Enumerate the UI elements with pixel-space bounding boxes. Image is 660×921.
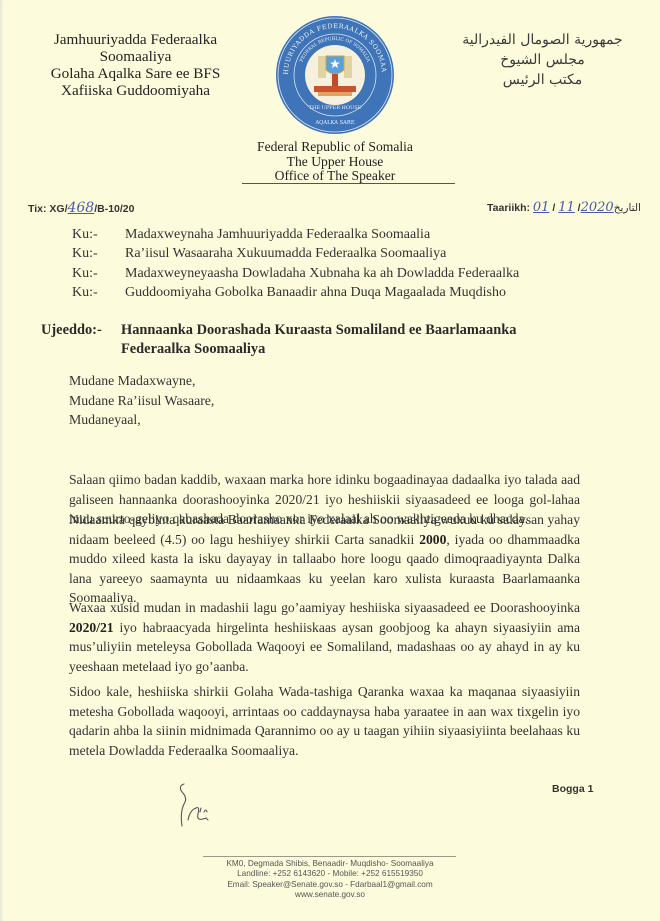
letterhead-arabic: جمهورية الصومال الفيدرالية مجلس الشيوخ م… <box>430 30 655 90</box>
recipient-row: Ku:- Madaxweynaha Jamhuuriyadda Federaal… <box>72 225 519 244</box>
body-paragraph-2: Nidaamka qaybinta kuraasta Baarlamaanka … <box>69 510 580 608</box>
recipient-row: Ku:- Guddoomiyaha Gobolka Banaadir ahna … <box>72 283 519 302</box>
letterhead-line: Federal Republic of Somalia <box>240 140 430 155</box>
reference-number: Tix: XG/468/B-10/20 <box>28 200 135 216</box>
date-day: 01 <box>533 200 550 215</box>
letterhead-line: Jamhuuriyadda Federaalka Soomaaliya <box>18 31 253 65</box>
upper-house-seal-icon: JAMHUURIYADDA FEDERAALKA SOOMAALIYA FEDE… <box>274 14 396 136</box>
svg-text:THE UPPER HOUSE: THE UPPER HOUSE <box>309 105 362 111</box>
letterhead-somali: Jamhuuriyadda Federaalka Soomaaliya Gola… <box>18 31 253 99</box>
recipient-row: Ku:- Ra’iisul Wasaaraha Xukuumadda Feder… <box>72 244 519 263</box>
subject-line: Ujeeddo:- Hannaanka Doorashada Kuraasta … <box>41 321 541 359</box>
body-paragraph-3: Waxaa xusid mudan in madashii lagu go’aa… <box>69 598 580 676</box>
handwritten-ref-number: 468 <box>67 200 94 216</box>
letterhead-line: مكتب الرئيس <box>430 70 655 90</box>
salutation: Mudane Madaxwayne, Mudane Ra’iisul Wasaa… <box>69 371 214 430</box>
body-paragraph-4: Sidoo kale, heshiiska shirkii Golaha Wad… <box>69 682 580 760</box>
svg-text:AQALKA SARE: AQALKA SARE <box>314 120 354 126</box>
letterhead-line: مجلس الشيوخ <box>430 50 655 70</box>
letter-page: Jamhuuriyadda Federaalka Soomaaliya Gola… <box>0 0 660 921</box>
date-year: 2020 <box>581 200 614 215</box>
recipient-list: Ku:- Madaxweynaha Jamhuuriyadda Federaal… <box>72 225 519 302</box>
footer-phones: Landline: +252 6143620 - Mobile: +252 61… <box>195 869 465 879</box>
letterhead-line: Xafiiska Guddoomiyaha <box>18 82 253 99</box>
letterhead-english: Federal Republic of Somalia The Upper Ho… <box>240 140 430 184</box>
letterhead-line: Golaha Aqalka Sare ee BFS <box>18 65 253 82</box>
subject-label: Ujeeddo:- <box>41 321 121 359</box>
letter-date: Taariikh: 01 / 11 /2020التاريخ <box>487 200 641 215</box>
letterhead-line: The Upper House <box>240 155 430 170</box>
page-number: Bogga 1 <box>552 783 593 795</box>
subject-text: Hannaanka Doorashada Kuraasta Somaliland… <box>121 321 541 359</box>
footer-email: Email: Speaker@Senate.gov.so - Fdarbaal1… <box>195 880 465 890</box>
date-month: 11 <box>558 200 575 215</box>
recipient-row: Ku:- Madaxweyneyaasha Dowladaha Xubnaha … <box>72 264 519 283</box>
letter-footer: KM0, Degmada Shibis, Benaadir- Muqdisho-… <box>195 859 465 901</box>
footer-website: www.senate.gov.so <box>195 890 465 900</box>
date-arabic-label: التاريخ <box>614 202 641 214</box>
letterhead-line: جمهورية الصومال الفيدرالية <box>430 30 655 50</box>
header-divider <box>242 183 455 184</box>
footer-address: KM0, Degmada Shibis, Benaadir- Muqdisho-… <box>195 859 465 869</box>
letterhead-line: Office of The Speaker <box>240 169 430 184</box>
footer-divider <box>203 856 456 857</box>
signature-icon <box>170 776 230 836</box>
